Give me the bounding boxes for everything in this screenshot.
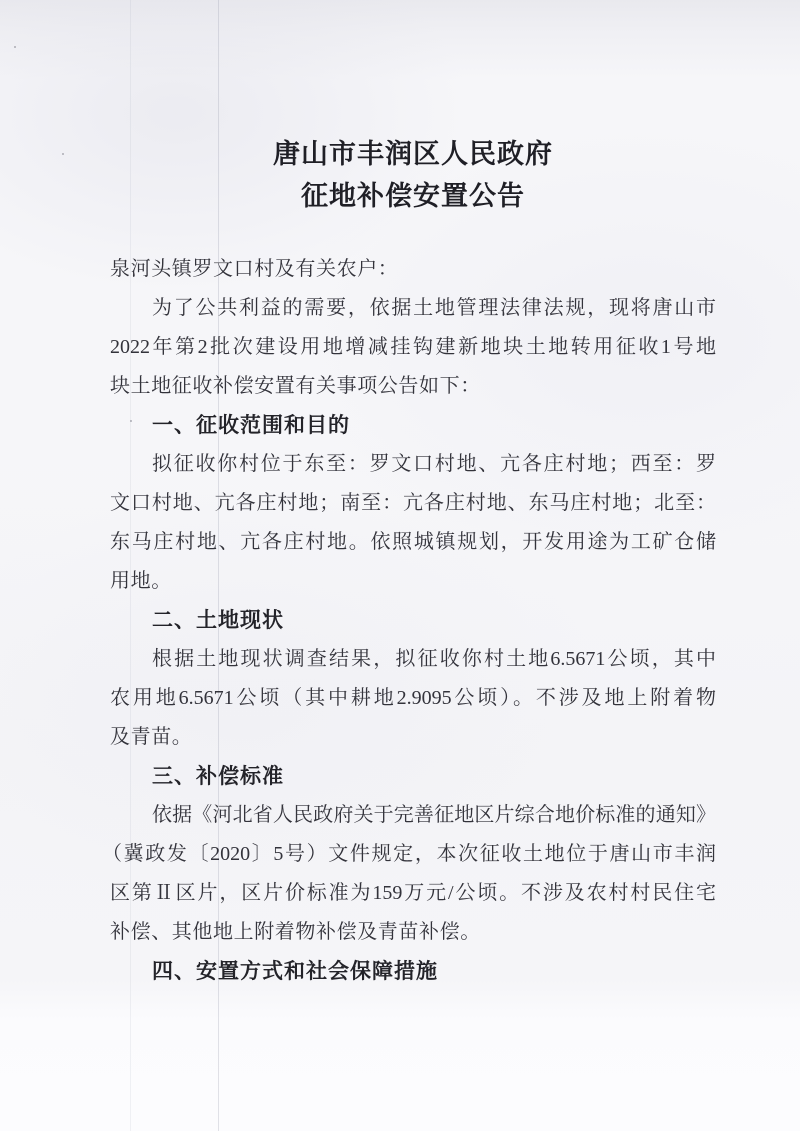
document-body: 泉河头镇罗文口村及有关农户： 为了公共利益的需要，依据土地管理法律法规，现将唐山… xyxy=(110,250,716,991)
paragraph-line: 块土地征收补偿安置有关事项公告如下： xyxy=(110,367,716,406)
section-2-heading: 二、土地现状 xyxy=(110,601,716,640)
paragraph-line: 依据《河北省人民政府关于完善征地区片综合地价标准的通知》 xyxy=(110,796,716,835)
document-title: 唐山市丰润区人民政府 征地补偿安置公告 xyxy=(110,133,716,217)
paragraph-line: 2022年第2批次建设用地增减挂钩建新地块土地转用征收1号地 xyxy=(110,328,716,367)
paragraph-line: 为了公共利益的需要，依据土地管理法律法规，现将唐山市 xyxy=(110,289,716,328)
paragraph-line: 农用地6.5671公顷（其中耕地2.9095公顷）。不涉及地上附着物 xyxy=(110,679,716,718)
scanned-document-page: 唐山市丰润区人民政府 征地补偿安置公告 泉河头镇罗文口村及有关农户： 为了公共利… xyxy=(0,0,800,1131)
paragraph-line: 东马庄村地、亢各庄村地。依照城镇规划，开发用途为工矿仓储 xyxy=(110,523,716,562)
scan-speck xyxy=(62,153,64,155)
paragraph-line: （冀政发〔2020〕5号）文件规定，本次征收土地位于唐山市丰润 xyxy=(102,835,716,874)
section-4-heading: 四、安置方式和社会保障措施 xyxy=(110,952,716,991)
salutation-line: 泉河头镇罗文口村及有关农户： xyxy=(110,250,716,289)
section-1-heading: 一、征收范围和目的 xyxy=(110,406,716,445)
paragraph-line: 补偿、其他地上附着物补偿及青苗补偿。 xyxy=(110,913,716,952)
title-line-subject: 征地补偿安置公告 xyxy=(110,175,716,217)
paragraph-line: 及青苗。 xyxy=(110,718,716,757)
section-3-heading: 三、补偿标准 xyxy=(110,757,716,796)
paragraph-line: 文口村地、亢各庄村地；南至：亢各庄村地、东马庄村地；北至： xyxy=(110,484,716,523)
paragraph-line: 区第Ⅱ区片，区片价标准为159万元/公顷。不涉及农村村民住宅 xyxy=(110,874,716,913)
paragraph-line: 拟征收你村位于东至：罗文口村地、亢各庄村地；西至：罗 xyxy=(110,445,716,484)
title-line-authority: 唐山市丰润区人民政府 xyxy=(110,133,716,175)
paragraph-line: 用地。 xyxy=(110,562,716,601)
notice-document: 唐山市丰润区人民政府 征地补偿安置公告 泉河头镇罗文口村及有关农户： 为了公共利… xyxy=(110,133,716,991)
paragraph-line: 根据土地现状调查结果，拟征收你村土地6.5671公顷，其中 xyxy=(110,640,716,679)
scan-speck xyxy=(14,46,16,48)
